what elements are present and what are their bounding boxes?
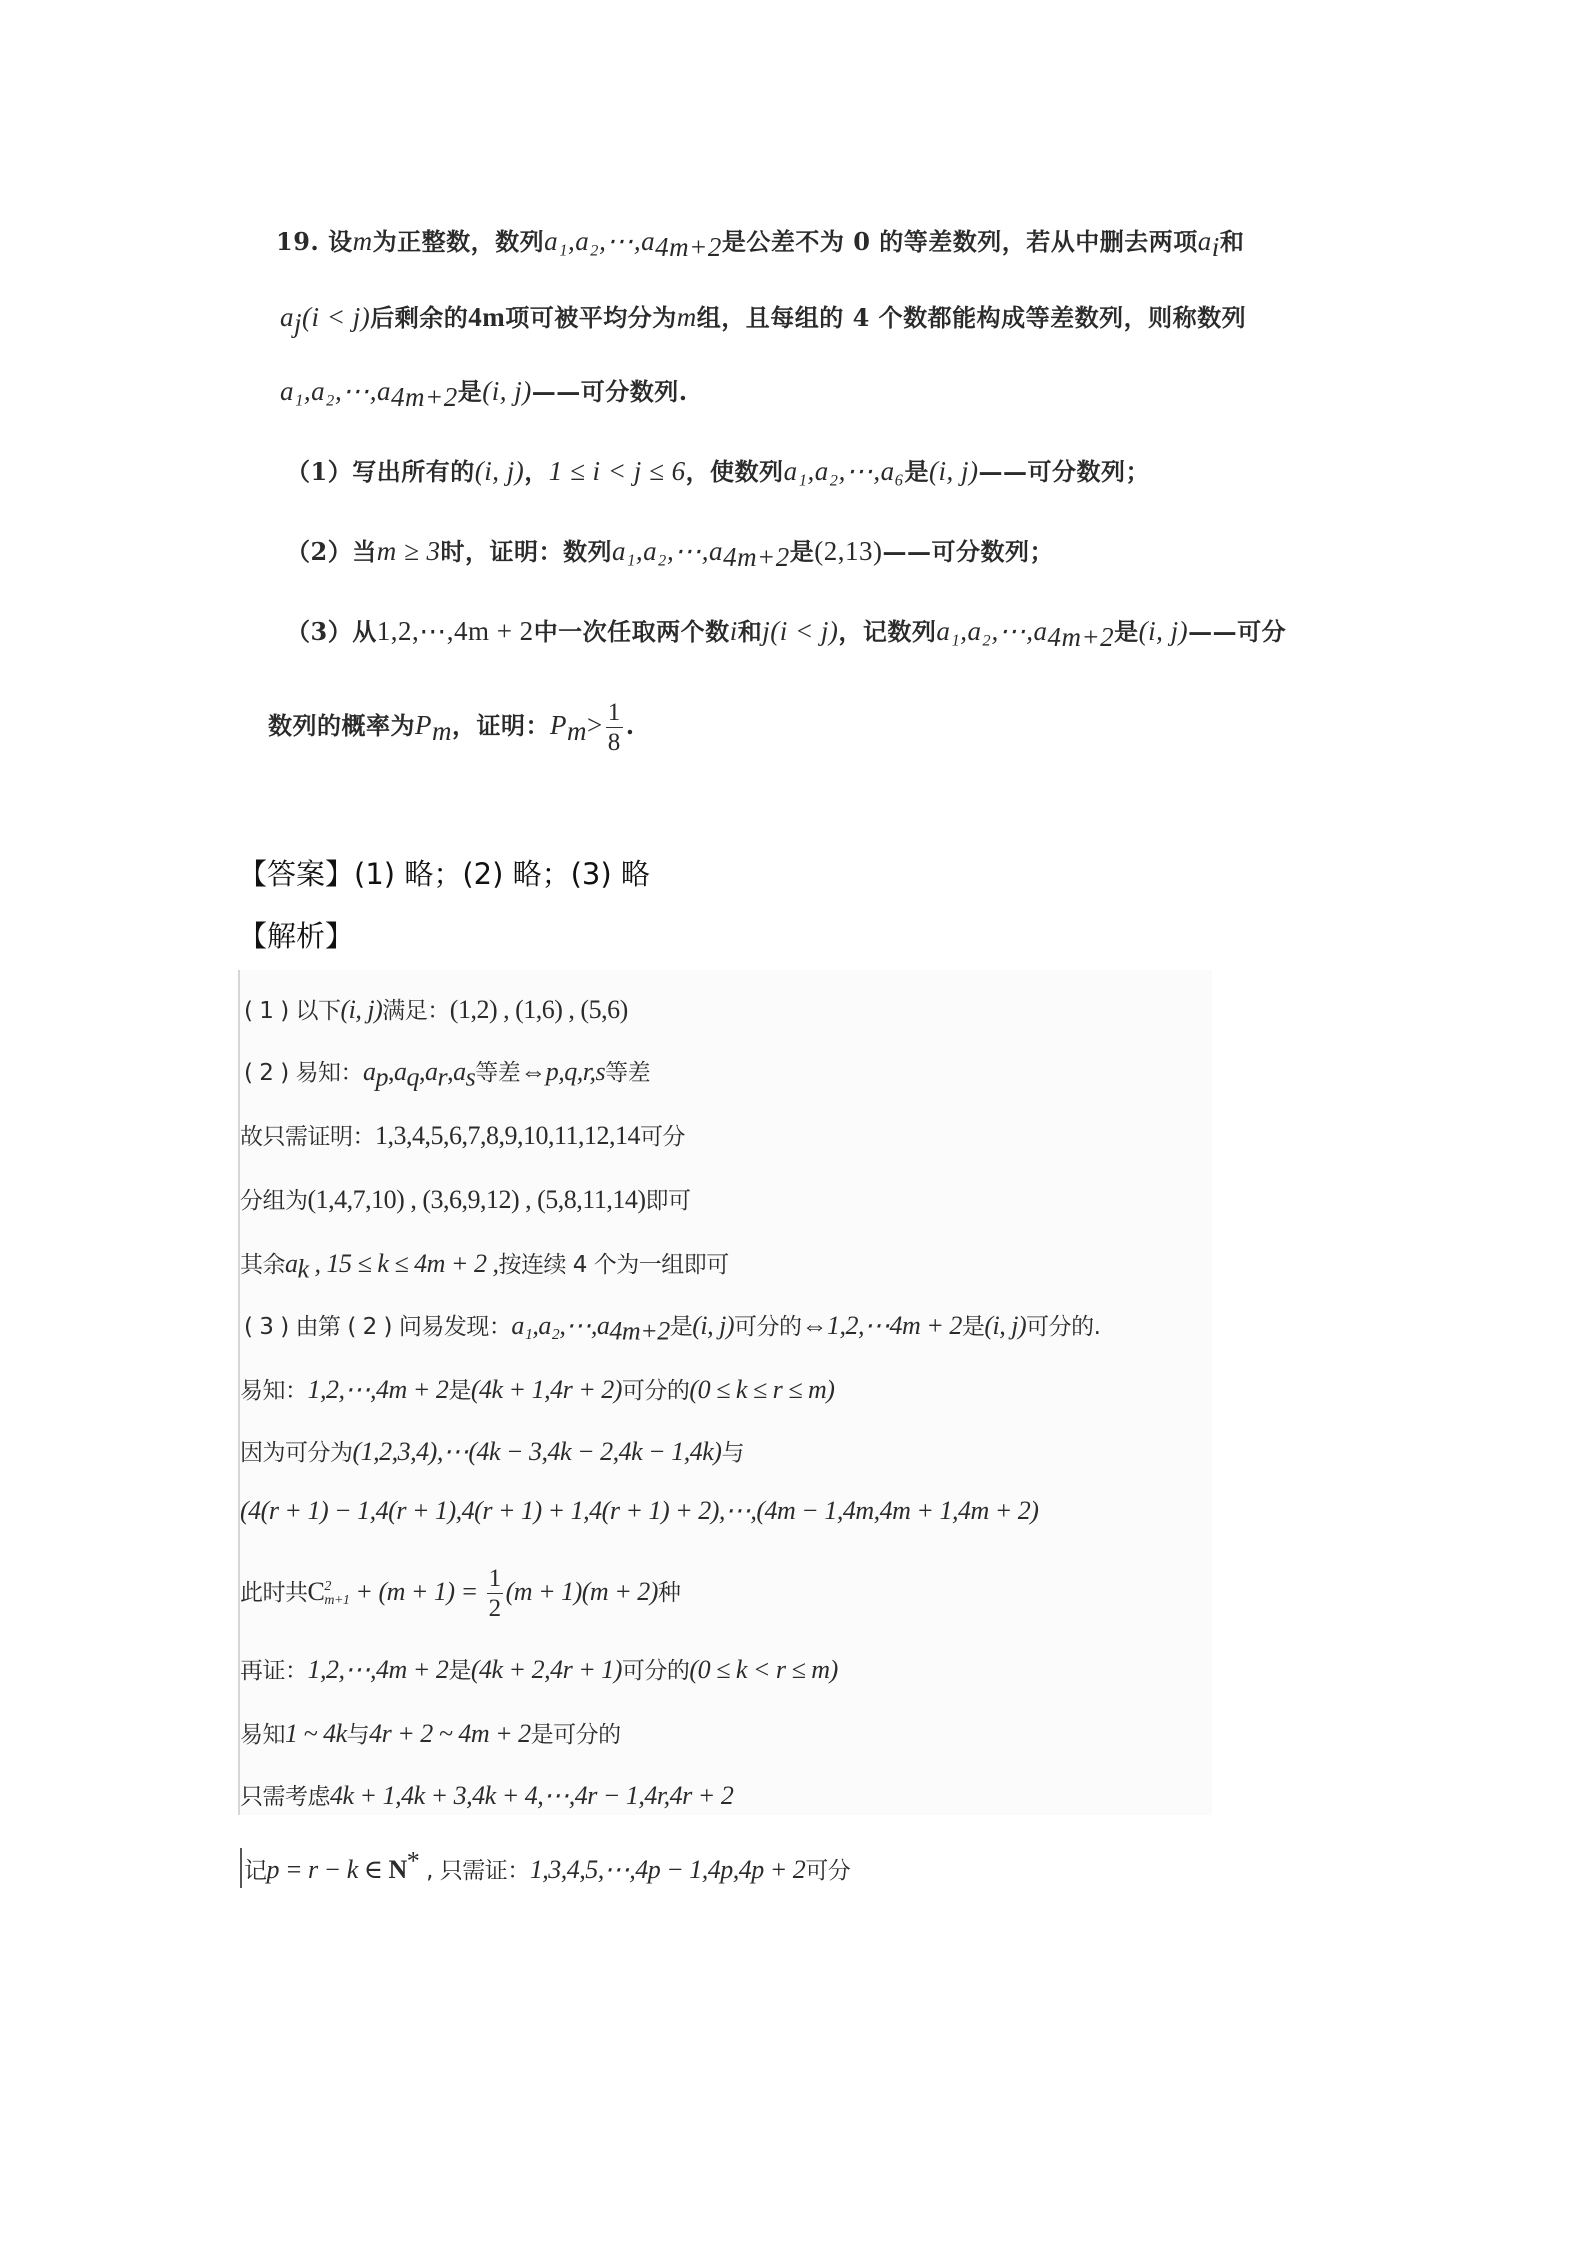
solution-line-14: 记p = r − k ∈ N* , 只需证：1,3,4,5,⋯,4p − 1,4… [244,1852,850,1885]
answer-label: 【答案】 [238,857,354,891]
solution-line-4: 分组为(1,4,7,10) , (3,6,9,12) , (5,8,11,14)… [240,1182,690,1215]
answer-text: (1) 略；(2) 略；(3) 略 [354,857,650,891]
solution-line-11: 再证：1,2,⋯,4m + 2是(4k + 2,4r + 1)可分的(0 ≤ k… [240,1652,838,1685]
problem-line-2: aj(i < j)后剩余的4m项可被平均分为m组，且每组的 4 个数都能构成等差… [280,298,1246,333]
analysis-heading: 【解析】 [238,914,354,955]
solution-line-5: 其余ak , 15 ≤ k ≤ 4m + 2 ,按连续 4 个为一组即可 [240,1246,729,1279]
sub-question-3-continued: 数列的概率为Pm，证明：Pm>18. [268,700,635,755]
solution-line-3: 故只需证明：1,3,4,5,6,7,8,9,10,11,12,14可分 [240,1118,685,1151]
problem-number: 19. [276,227,319,256]
solution-line-2: ( 2 ) 易知：ap,aq,ar,as等差⇔p,q,r,s等差 [244,1054,650,1087]
solution-line-1: ( 1 ) 以下(i, j)满足：(1,2) , (1,6) , (5,6) [244,992,628,1025]
solution-line-10: 此时共C2m+1 + (m + 1) = 12(m + 1)(m + 2)种 [240,1566,680,1621]
solution-line-7: 易知：1,2,⋯,4m + 2是(4k + 1,4r + 2)可分的(0 ≤ k… [240,1372,834,1405]
solution-line-6: ( 3 ) 由第 ( 2 ) 问易发现：a₁,a₂,⋯,a4m+2是(i, j)… [244,1308,1100,1341]
solution-line-13: 只需考虑4k + 1,4k + 3,4k + 4,⋯,4r − 1,4r,4r … [240,1778,733,1811]
sub-question-2: （2）当m ≥ 3时，证明：数列a₁,a₂,⋯,a4m+2是(2,13)——可分… [286,532,1054,567]
fraction-one-half: 12 [487,1566,503,1621]
solution-line-8: 因为可分为(1,2,3,4),⋯(4k − 3,4k − 2,4k − 1,4k… [240,1434,744,1467]
text-cursor [240,1848,242,1888]
solution-line-12: 易知1 ~ 4k与4r + 2 ~ 4m + 2是可分的 [240,1716,621,1749]
problem-line-1: 19. 设m为正整数，数列a₁,a₂,⋯,a4m+2是公差不为 0 的等差数列，… [276,222,1244,257]
fraction-one-eighth: 18 [606,700,623,755]
sub-question-1: （1）写出所有的(i, j)，1 ≤ i < j ≤ 6，使数列a₁,a₂,⋯,… [286,452,1150,487]
sub-question-3: （3）从1,2,⋯,4m + 2中一次任取两个数i和j(i < j)，记数列a₁… [286,612,1286,647]
problem-line-3: a₁,a₂,⋯,a4m+2是(i, j)——可分数列. [280,372,688,407]
solution-line-9: (4(r + 1) − 1,4(r + 1),4(r + 1) + 1,4(r … [240,1496,1038,1526]
answer-line: 【答案】(1) 略；(2) 略；(3) 略 [238,852,650,893]
